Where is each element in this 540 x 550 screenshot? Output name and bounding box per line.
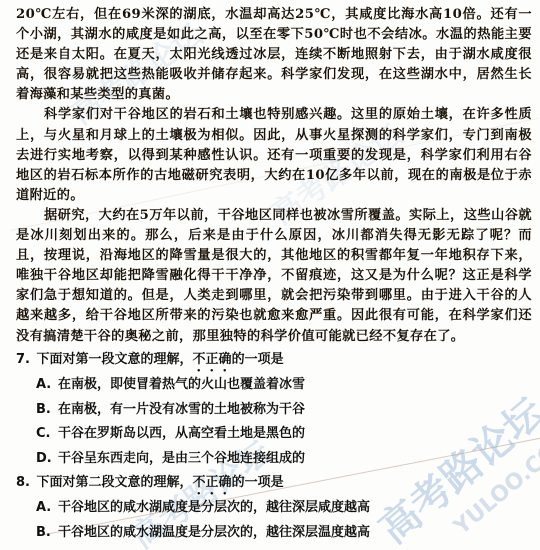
- question-7-option-d[interactable]: D.干谷呈东西走向，是由三个谷地连接组成的: [16, 448, 516, 473]
- option-text: 干谷地区的咸水湖咸度是分层次的，越往深层咸度越高: [58, 500, 370, 515]
- question-7-stem: 7. 下面对第一段文意的理解，不正确的一项是: [16, 349, 516, 374]
- passage-paragraph-3: 据研究，大约在5万年以前，干谷地区同样也被冰雪所覆盖。实际上，这些山谷就是冰川刻…: [16, 206, 532, 347]
- question-number: 7.: [16, 349, 32, 371]
- passage-paragraph-2: 科学家们对干谷地区的岩石和土壤也特别感兴趣。这里的原始土壤，在许多性质上，与火星…: [16, 105, 532, 205]
- option-letter: D.: [36, 448, 58, 470]
- question-stem-text: 下面对第一段文意的理解，: [37, 352, 193, 367]
- question-7-option-b[interactable]: B.在南极，有一片没有冰雪的土地被称为干谷: [16, 399, 516, 424]
- option-letter: B.: [36, 399, 58, 421]
- passage-paragraph-1: 20℃左右，但在69米深的湖底，水温却高达25℃，其咸度比海水高10倍。还有一个…: [16, 5, 532, 105]
- question-8-stem: 8. 下面对第二段文意的理解，不正确的一项是: [16, 472, 516, 497]
- question-7-option-c[interactable]: C.干谷在罗斯岛以西，从高空看土地是黑色的: [16, 423, 516, 448]
- option-text: 干谷地区的咸水湖温度是分层次的，越往深层温度越高: [58, 525, 370, 540]
- question-8-option-b[interactable]: B.干谷地区的咸水湖温度是分层次的，越往深层温度越高: [16, 522, 516, 547]
- question-8-option-a[interactable]: A.干谷地区的咸水湖咸度是分层次的，越往深层咸度越高: [16, 497, 516, 522]
- question-stem-text: 的一项是: [232, 352, 284, 367]
- option-text: 在南极，即使冒着热气的火山也覆盖着冰雪: [58, 377, 305, 392]
- question-number: 8.: [16, 472, 32, 494]
- option-letter: A.: [36, 497, 58, 519]
- exam-page: 高考路论坛 高考路论坛 高考路论坛 高考路论坛 YULOO.COM 20℃左右，…: [0, 0, 540, 550]
- option-letter: A.: [36, 374, 58, 396]
- questions-section: 7. 下面对第一段文意的理解，不正确的一项是 A.在南极，即使冒着热气的火山也覆…: [16, 349, 516, 546]
- question-7-option-a[interactable]: A.在南极，即使冒着热气的火山也覆盖着冰雪: [16, 374, 516, 399]
- question-stem-text: 的一项是: [232, 475, 284, 490]
- option-letter: B.: [36, 522, 58, 544]
- question-stem-emphasis: 不正确: [193, 352, 232, 367]
- option-text: 在南极，有一片没有冰雪的土地被称为干谷: [58, 402, 305, 417]
- reading-passage: 20℃左右，但在69米深的湖底，水温却高达25℃，其咸度比海水高10倍。还有一个…: [16, 5, 532, 347]
- question-stem-text: 下面对第二段文意的理解，: [37, 475, 193, 490]
- option-letter: C.: [36, 423, 58, 445]
- question-stem-emphasis: 不正确: [193, 475, 232, 490]
- option-text: 干谷呈东西走向，是由三个谷地连接组成的: [58, 451, 305, 466]
- option-text: 干谷在罗斯岛以西，从高空看土地是黑色的: [58, 426, 305, 441]
